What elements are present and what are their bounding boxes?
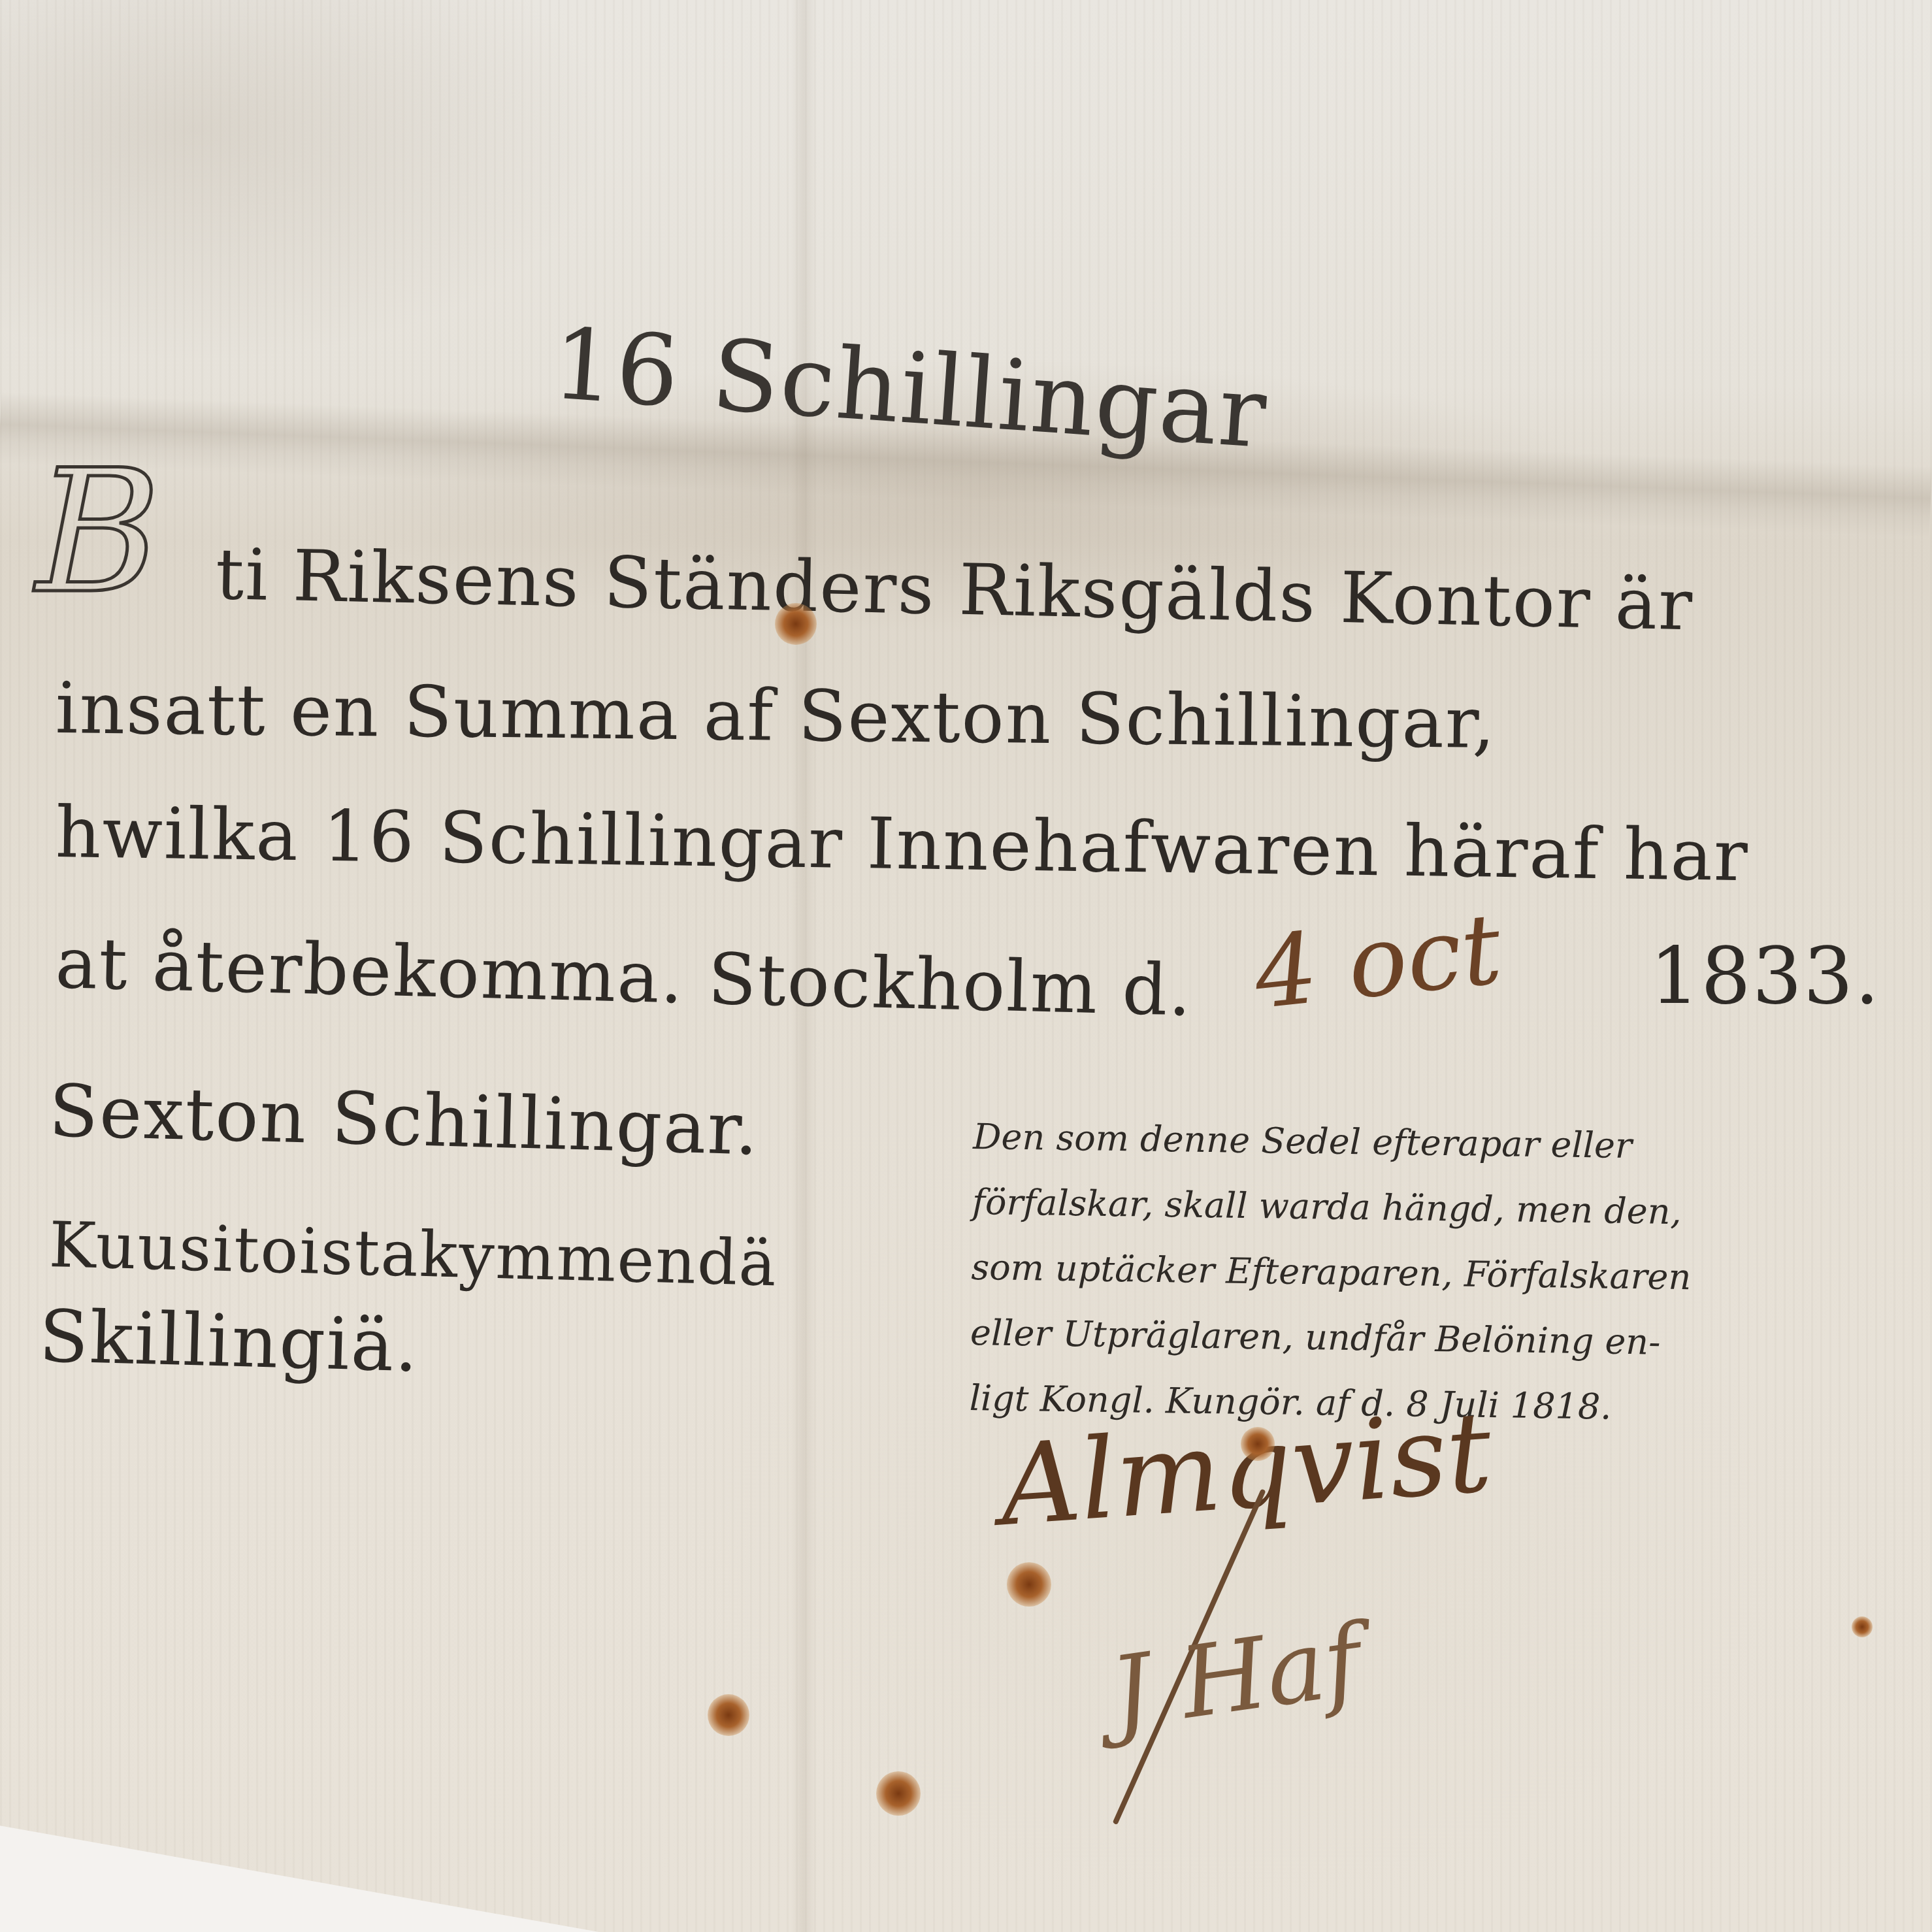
rust-stain <box>1852 1616 1873 1637</box>
rust-stain <box>775 603 817 645</box>
value-in-words-finnish-2: Skillingiä. <box>38 1297 420 1385</box>
printed-year: 1833. <box>1650 931 1881 1022</box>
warning-line-3: som uptäcker Efterapa​ren, Förfalskaren <box>971 1235 1899 1313</box>
rust-stain <box>1241 1427 1275 1461</box>
rust-stain <box>708 1694 749 1736</box>
warning-line-2: förfalskar, skall warda hängd, men den, <box>972 1170 1900 1248</box>
ornamental-initial: B <box>36 438 206 627</box>
warning-line-4: eller Utpräglaren, undfår Belöning en- <box>970 1300 1898 1379</box>
rust-stain <box>1007 1562 1051 1607</box>
rust-stain <box>876 1771 921 1816</box>
value-in-words-swedish: Sexton Schillingar. <box>48 1072 760 1168</box>
warning-line-1: Den som denne Sedel efterapar eller <box>973 1104 1901 1183</box>
body-line-2: insatt en Summa af Sexton Schillingar, <box>55 670 1496 763</box>
